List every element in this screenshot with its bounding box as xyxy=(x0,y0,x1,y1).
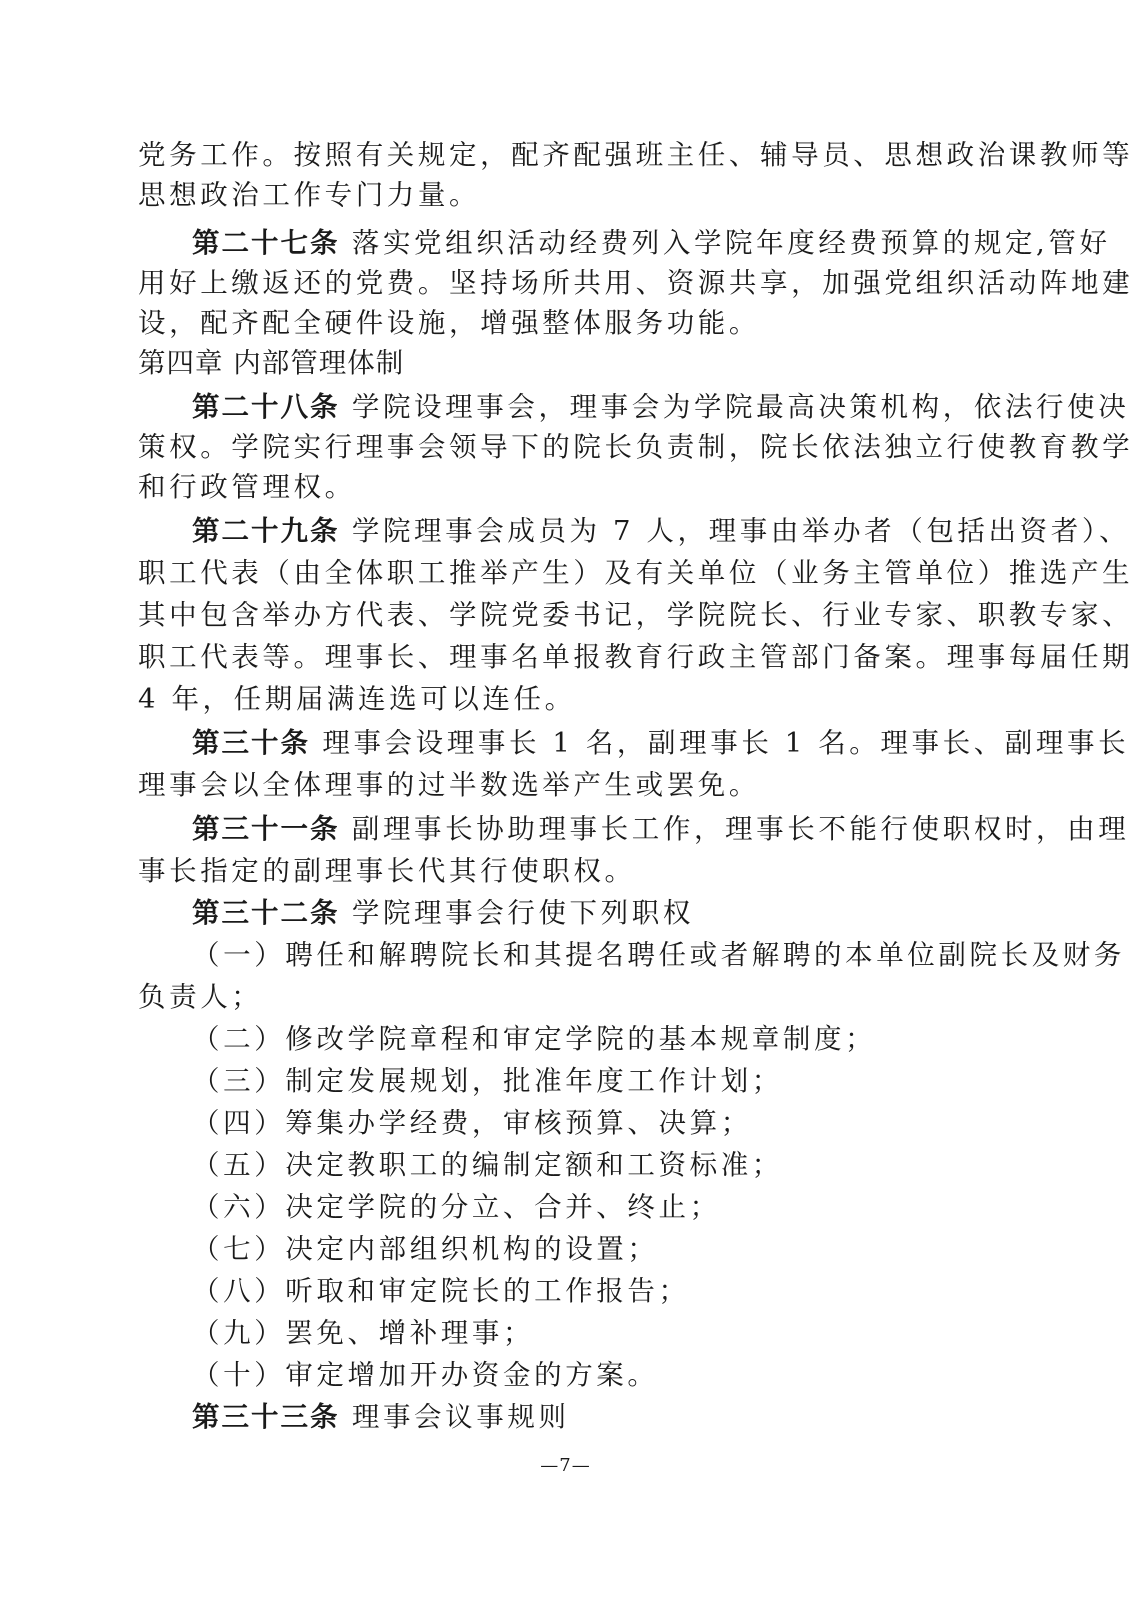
chapter-heading: 第四章 内部管理体制 xyxy=(138,346,404,380)
paragraph-line: 负责人； xyxy=(138,980,262,1014)
paragraph-line: 党务工作。按照有关规定，配齐配强班主任、辅导员、思想政治课教师等 xyxy=(138,138,1131,172)
paragraph-line: 策权。学院实行理事会领导下的院长负责制，院长依法独立行使教育教学 xyxy=(138,430,1131,464)
paragraph-line: 设，配齐配全硬件设施，增强整体服务功能。 xyxy=(138,306,760,340)
paragraph-line: 事长指定的副理事长代其行使职权。 xyxy=(138,854,636,888)
list-item: （五）决定教职工的编制定额和工资标准； xyxy=(192,1148,783,1182)
article-33: 第三十三条 理事会议事规则 xyxy=(192,1400,570,1434)
article-heading: 第三十条 xyxy=(192,727,310,759)
list-item: （一）聘任和解聘院长和其提名聘任或者解聘的本单位副院长及财务 xyxy=(192,938,1125,972)
article-heading: 第三十二条 xyxy=(192,897,340,929)
paragraph-line: 职工代表（由全体职工推举产生）及有关单位（业务主管单位）推选产生。 xyxy=(138,556,1131,590)
list-item: （三）制定发展规划，批准年度工作计划； xyxy=(192,1064,783,1098)
article-heading: 第三十三条 xyxy=(192,1401,340,1433)
list-item: （十）审定增加开办资金的方案。 xyxy=(192,1358,659,1392)
paragraph-line: 其中包含举办方代表、学院党委书记，学院院长、行业专家、职教专家、 xyxy=(138,598,1131,632)
list-item: （八）听取和审定院长的工作报告； xyxy=(192,1274,690,1308)
list-item: （二）修改学院章程和审定学院的基本规章制度； xyxy=(192,1022,876,1056)
paragraph-line: 思想政治工作专门力量。 xyxy=(138,178,480,212)
paragraph-line: 和行政管理权。 xyxy=(138,470,356,504)
list-item: （六）决定学院的分立、合并、终止； xyxy=(192,1190,721,1224)
list-item: （九）罢免、增补理事； xyxy=(192,1316,534,1350)
article-heading: 第三十一条 xyxy=(192,813,340,845)
article-28: 第二十八条 学院设理事会，理事会为学院最高决策机构，依法行使决 xyxy=(192,390,1129,424)
paragraph-line: 理事会以全体理事的过半数选举产生或罢免。 xyxy=(138,768,760,802)
article-29: 第二十九条 学院理事会成员为 7 人，理事由举办者（包括出资者）、 xyxy=(192,514,1130,548)
article-heading: 第二十九条 xyxy=(192,515,340,547)
list-item: （四）筹集办学经费，审核预算、决算； xyxy=(192,1106,752,1140)
article-31: 第三十一条 副理事长协助理事长工作，理事长不能行使职权时，由理 xyxy=(192,812,1129,846)
list-item: （七）决定内部组织机构的设置； xyxy=(192,1232,659,1266)
paragraph-line: 用好上缴返还的党费。坚持场所共用、资源共享，加强党组织活动阵地建 xyxy=(138,266,1131,300)
article-27: 第二十七条 落实党组织活动经费列入学院年度经费预算的规定,管好 xyxy=(192,226,1111,260)
paragraph-line: 职工代表等。理事长、理事名单报教育行政主管部门备案。理事每届任期 xyxy=(138,640,1131,674)
paragraph-line: 4 年，任期届满连选可以连任。 xyxy=(138,682,576,716)
article-30: 第三十条 理事会设理事长 1 名，副理事长 1 名。理事长、副理事长由 xyxy=(192,726,1131,760)
page-number: —7— xyxy=(0,1455,1131,1476)
article-heading: 第二十七条 xyxy=(192,227,340,259)
article-heading: 第二十八条 xyxy=(192,391,340,423)
article-32: 第三十二条 学院理事会行使下列职权 xyxy=(192,896,694,930)
